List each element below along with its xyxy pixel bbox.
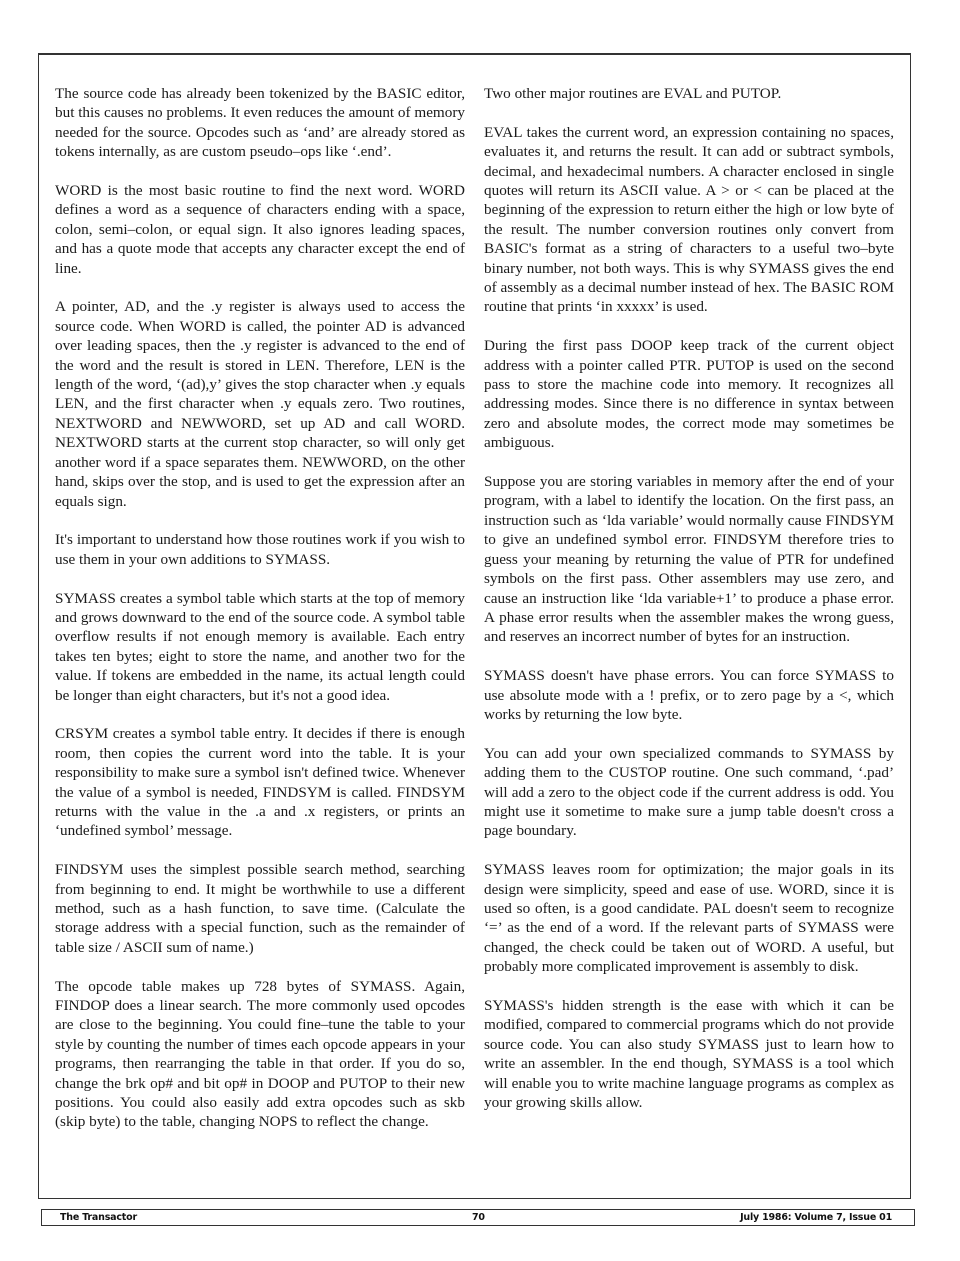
paragraph: Two other major routines are EVAL and PU… (484, 84, 894, 103)
paragraph: SYMASS creates a symbol table which star… (55, 589, 465, 705)
paragraph: EVAL takes the current word, an expressi… (484, 123, 894, 317)
page-number: 70 (472, 1212, 485, 1223)
page-footer: The Transactor 70 July 1986: Volume 7, I… (41, 1209, 915, 1226)
paragraph: CRSYM creates a symbol table entry. It d… (55, 724, 465, 840)
paragraph: It's important to understand how those r… (55, 530, 465, 569)
paragraph: WORD is the most basic routine to find t… (55, 181, 465, 278)
paragraph: The opcode table makes up 728 bytes of S… (55, 977, 465, 1132)
issue-info: July 1986: Volume 7, Issue 01 (740, 1212, 892, 1223)
paragraph: FINDSYM uses the simplest possible searc… (55, 860, 465, 957)
right-column: Two other major routines are EVAL and PU… (484, 84, 894, 1132)
publication-name: The Transactor (60, 1212, 137, 1223)
paragraph: You can add your own specialized command… (484, 744, 894, 841)
paragraph: The source code has already been tokeniz… (55, 84, 465, 162)
paragraph: A pointer, AD, and the .y register is al… (55, 297, 465, 510)
left-column: The source code has already been tokeniz… (55, 84, 465, 1151)
paragraph: SYMASS doesn't have phase errors. You ca… (484, 666, 894, 724)
paragraph: SYMASS leaves room for optimization; the… (484, 860, 894, 976)
paragraph: Suppose you are storing variables in mem… (484, 472, 894, 647)
paragraph: SYMASS's hidden strength is the ease wit… (484, 996, 894, 1112)
paragraph: During the first pass DOOP keep track of… (484, 336, 894, 452)
